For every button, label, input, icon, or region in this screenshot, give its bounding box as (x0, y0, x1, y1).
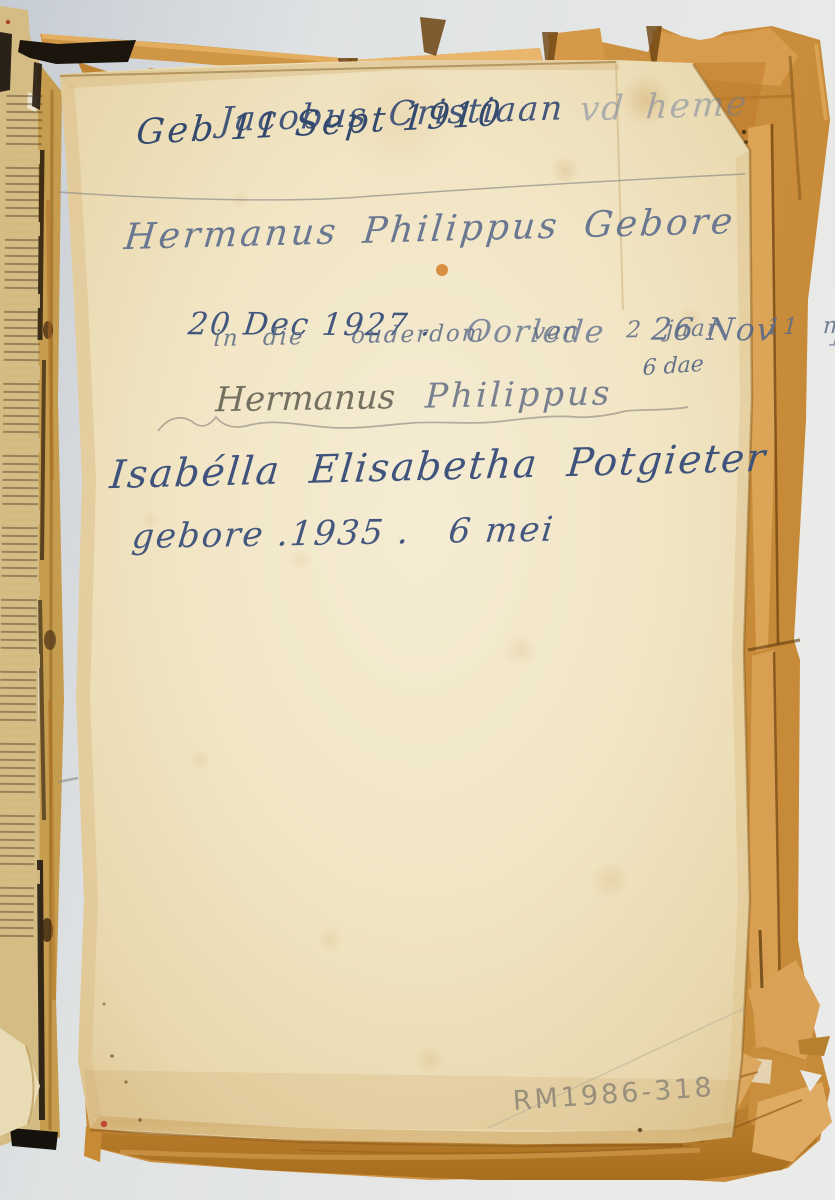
entry1-name-suffix-text: vd heme (579, 87, 749, 127)
book-artwork (0, 0, 835, 1200)
inscription-entry2-pencil-name: HermanusPhilippus (170, 342, 614, 452)
entry2-pencil-first-name: Hermanus (215, 380, 396, 417)
entry2-pencil-last-name: Philippus (425, 376, 613, 413)
photograph-of-open-book: Jacobus Cristiaanvd heme Geb 11 Sept 191… (0, 0, 835, 1200)
inscription-entry3-birthdate: gebore .1935 . 6 mei (130, 513, 556, 554)
printed-text-paragraph-gaps (0, 92, 40, 942)
inscription-entry2-age-days: 6 dae (642, 354, 704, 380)
